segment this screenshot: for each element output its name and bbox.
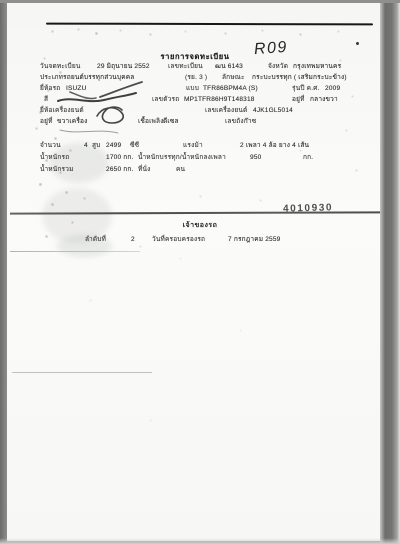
scan-edge-left xyxy=(0,0,7,544)
type-value: รถยนต์บรรทุกส่วนบุคคล xyxy=(63,74,135,82)
chassis-label: เลขตัวรถ xyxy=(152,96,179,104)
owner-order-label: ลำดับที่ xyxy=(85,236,106,244)
type-label: ประเภท xyxy=(40,74,63,82)
load-unit: กก. xyxy=(303,154,313,162)
engine-pos-label: อยู่ที่ xyxy=(40,118,53,126)
scan-edge-top xyxy=(0,0,400,3)
load-value: 950 xyxy=(250,154,261,162)
color-label: สี xyxy=(44,96,48,104)
handwritten-reference: R09 xyxy=(253,39,288,59)
seat-label: ที่นั่ง xyxy=(138,166,151,174)
year-value: 2009 xyxy=(325,85,340,93)
page-mark-dot xyxy=(356,42,359,45)
scan-edge-right xyxy=(380,0,400,544)
fuel-label: เชื้อเพลิง xyxy=(138,118,164,126)
engine-no-label: เลขเครื่องยนต์ xyxy=(205,107,247,115)
fuel-value: ดีเซล xyxy=(163,118,179,126)
model-label: แบบ xyxy=(186,85,199,93)
style-value: กระบะบรรทุก ( เสริมกระบะข้าง) xyxy=(252,74,347,82)
hp-label: แรงม้า xyxy=(183,142,203,150)
style-label: ลักษณะ xyxy=(222,74,245,82)
brand-value: ISUZU xyxy=(66,85,87,93)
type-code: (รย. 3 ) xyxy=(185,74,207,82)
chassis-pos-value: กลางขวา xyxy=(310,96,338,104)
load-label: น้ำหนักบรรทุก/น้ำหนักลงเพลา xyxy=(138,154,226,162)
cyl-value: 4 xyxy=(84,142,88,150)
gas-tank-label: เลขถังก๊าซ xyxy=(225,118,256,126)
plate-value: ฒน 6143 xyxy=(215,63,243,71)
chassis-value: MP1TFR86H9T148318 xyxy=(184,96,255,104)
seat-unit: คน xyxy=(176,166,185,174)
faint-partial-line xyxy=(12,372,152,373)
province-label: จังหวัด xyxy=(268,63,288,71)
gross-weight-value: 2650 กก. xyxy=(106,166,134,174)
faint-partial-line xyxy=(10,251,140,252)
province-value: กรุงเทพมหานคร xyxy=(293,63,341,71)
possession-date-value: 7 กรกฎาคม 2559 xyxy=(228,236,281,244)
possession-date-label: วันที่ครอบครองรถ xyxy=(152,236,205,244)
axles-value: 2 เพลา 4 ล้อ ยาง 4 เส้น xyxy=(240,142,309,150)
owner-section-header: เจ้าของรถ xyxy=(150,220,250,231)
chassis-pos-label: อยู่ที่ xyxy=(292,96,305,104)
cc-value: 2499 xyxy=(106,142,121,150)
gross-weight-label: น้ำหนักรวม xyxy=(40,166,74,174)
cyl-unit: สูบ xyxy=(92,142,101,150)
reg-date-value: 29 มิถุนายน 2552 xyxy=(97,63,150,71)
cyl-label: จำนวน xyxy=(40,142,61,150)
reg-date-label: วันจดทะเบียน xyxy=(40,63,81,71)
engine-brand-label: ยี่ห้อเครื่องยนต์ xyxy=(40,107,84,115)
curb-weight-label: น้ำหนักรถ xyxy=(40,154,69,162)
cc-unit: ซีซี xyxy=(130,142,139,150)
year-label: รุ่นปี ค.ศ. xyxy=(292,85,320,93)
plate-label: เลขทะเบียน xyxy=(168,63,203,71)
brand-label: ยี่ห้อรถ xyxy=(40,85,60,93)
curb-weight-value: 1700 กก. xyxy=(106,154,134,162)
engine-pos-value: ขวาเครื่อง xyxy=(57,118,87,126)
engine-no-value: 4JK1GL5014 xyxy=(253,107,293,115)
owner-order-value: 2 xyxy=(131,236,135,244)
paper-sheet xyxy=(7,3,380,541)
scanned-registration-document: { "doc": { "title": "รายการจดทะเบียน", "… xyxy=(0,0,400,544)
document-title: รายการจดทะเบียน xyxy=(140,51,250,63)
model-value: TFR86BPM4A (S) xyxy=(203,85,258,93)
scan-edge-bottom xyxy=(0,538,400,544)
